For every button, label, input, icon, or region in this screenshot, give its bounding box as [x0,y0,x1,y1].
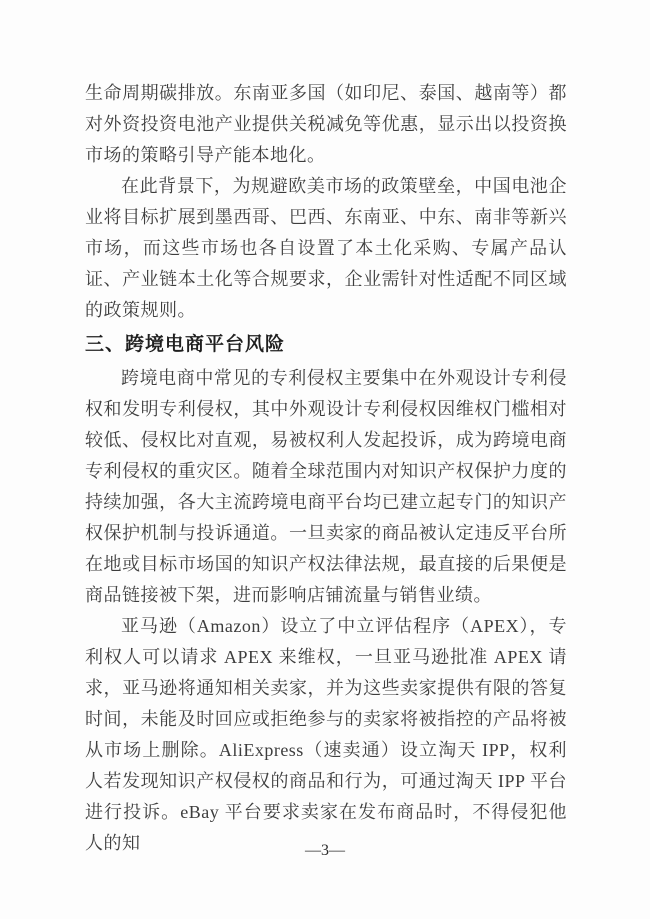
page-number: —3— [305,842,345,859]
paragraph-market-expansion: 在此背景下，为规避欧美市场的政策壁垒，中国电池企业将目标扩展到墨西哥、巴西、东南… [85,171,567,326]
section-heading: 三、跨境电商平台风险 [85,329,567,360]
paragraph-platform-mechanisms: 亚马逊（Amazon）设立了中立评估程序（APEX），专利权人可以请求 APEX… [85,611,567,859]
document-page: 生命周期碳排放。东南亚多国（如印尼、泰国、越南等）都对外资投资电池产业提供关税减… [0,0,650,919]
paragraph-patent-infringement: 跨境电商中常见的专利侵权主要集中在外观设计专利侵权和发明专利侵权，其中外观设计专… [85,363,567,611]
page-body: 生命周期碳排放。东南亚多国（如印尼、泰国、越南等）都对外资投资电池产业提供关税减… [85,78,567,859]
paragraph-carryover: 生命周期碳排放。东南亚多国（如印尼、泰国、越南等）都对外资投资电池产业提供关税减… [85,78,567,171]
page-footer: —3— [0,842,650,860]
